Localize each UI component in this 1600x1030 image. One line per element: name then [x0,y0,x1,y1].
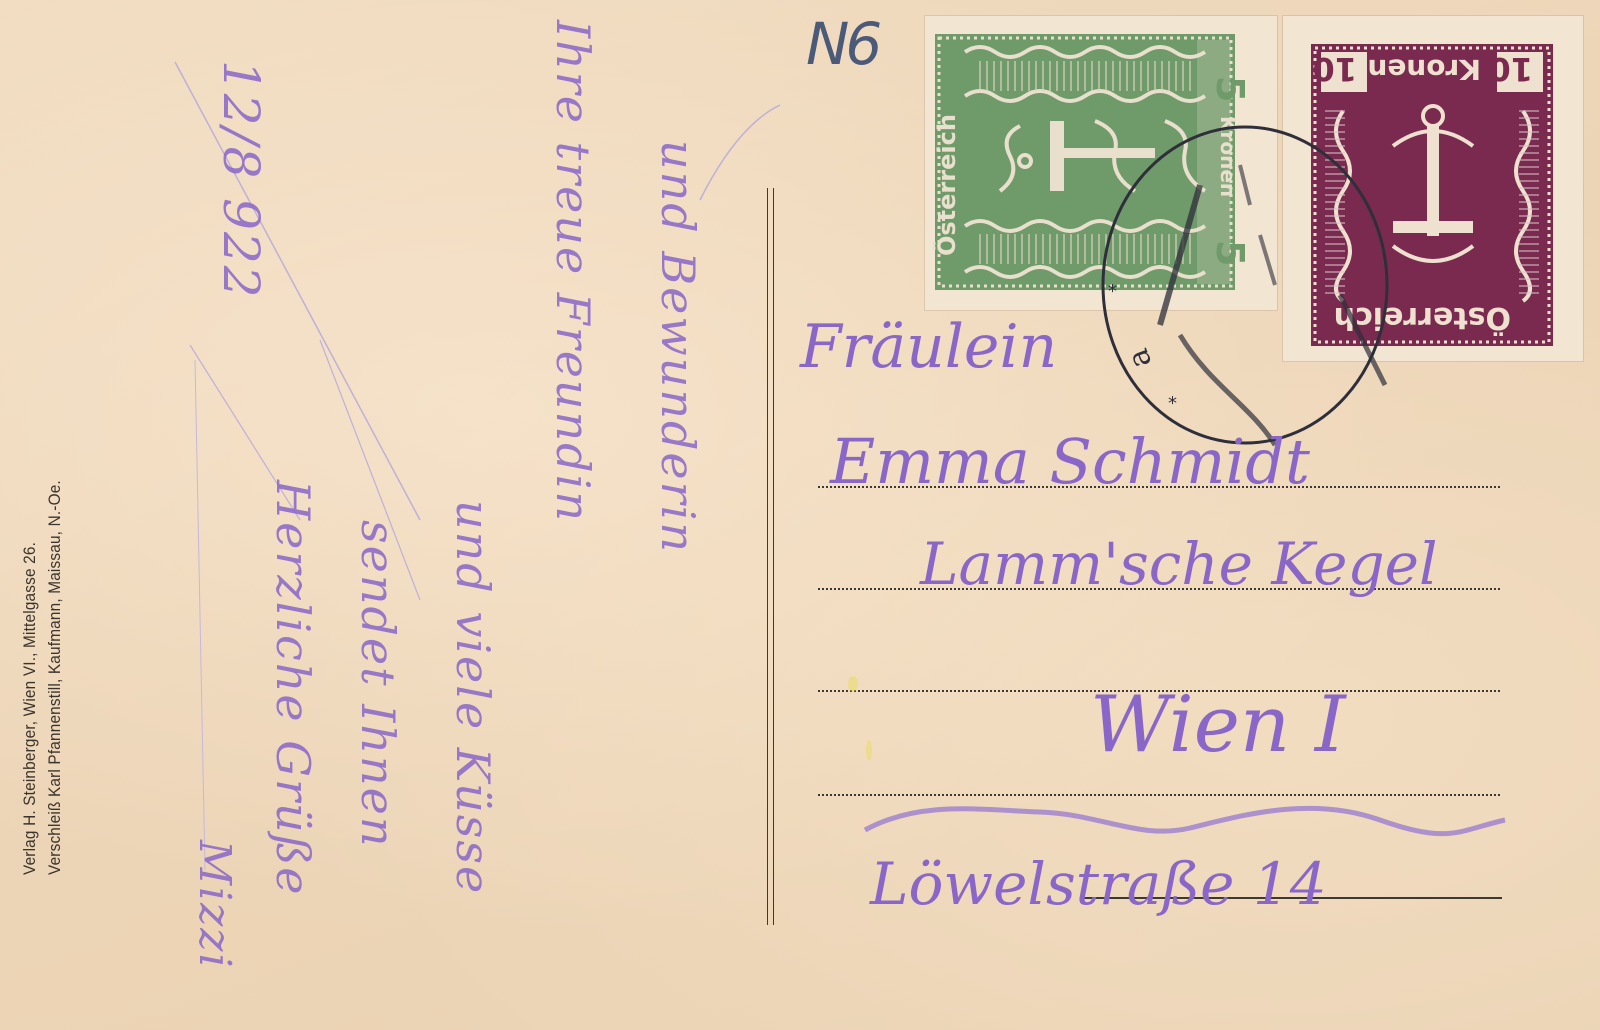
ink-smudge [866,740,872,760]
postmark-cancel-icon: * * a [1100,125,1400,455]
ink-smudge [848,676,858,692]
svg-text:10: 10 [1488,50,1533,88]
address-title: Fräulein [800,312,1057,382]
message-date: 12/8 922 [212,60,270,300]
svg-text:Kronen: Kronen [1367,53,1481,86]
svg-text:5: 5 [1208,76,1252,102]
address-city: Wien I [1090,680,1346,770]
svg-text:Österreich: Österreich [931,114,961,256]
pencil-note: N6 [806,10,878,78]
svg-text:10: 10 [1312,50,1357,88]
message-line-1: Herzliche Grüße [266,480,320,897]
message-line-2: sendet Ihnen [351,520,405,849]
address-name: Emma Schmidt [830,425,1310,498]
message-signature: Mizzi [189,840,240,970]
center-divider [767,188,774,925]
postcard-back: Verlag H. Steinberger, Wien VI., Mittelg… [0,0,1600,1030]
message-line-3: und viele Küsse [446,500,500,895]
message-line-5: und Bewunderin [651,140,705,554]
address-line2: Lamm'sche Kegel [920,530,1438,598]
message-line-4: Ihre treue Freundin [546,20,600,523]
underline-squiggle-icon [860,790,1510,850]
svg-text:*: * [1168,393,1177,414]
address-street: Löwelstraße 14 [870,850,1327,918]
svg-text:*: * [1108,281,1117,302]
svg-text:a: a [1120,344,1159,373]
